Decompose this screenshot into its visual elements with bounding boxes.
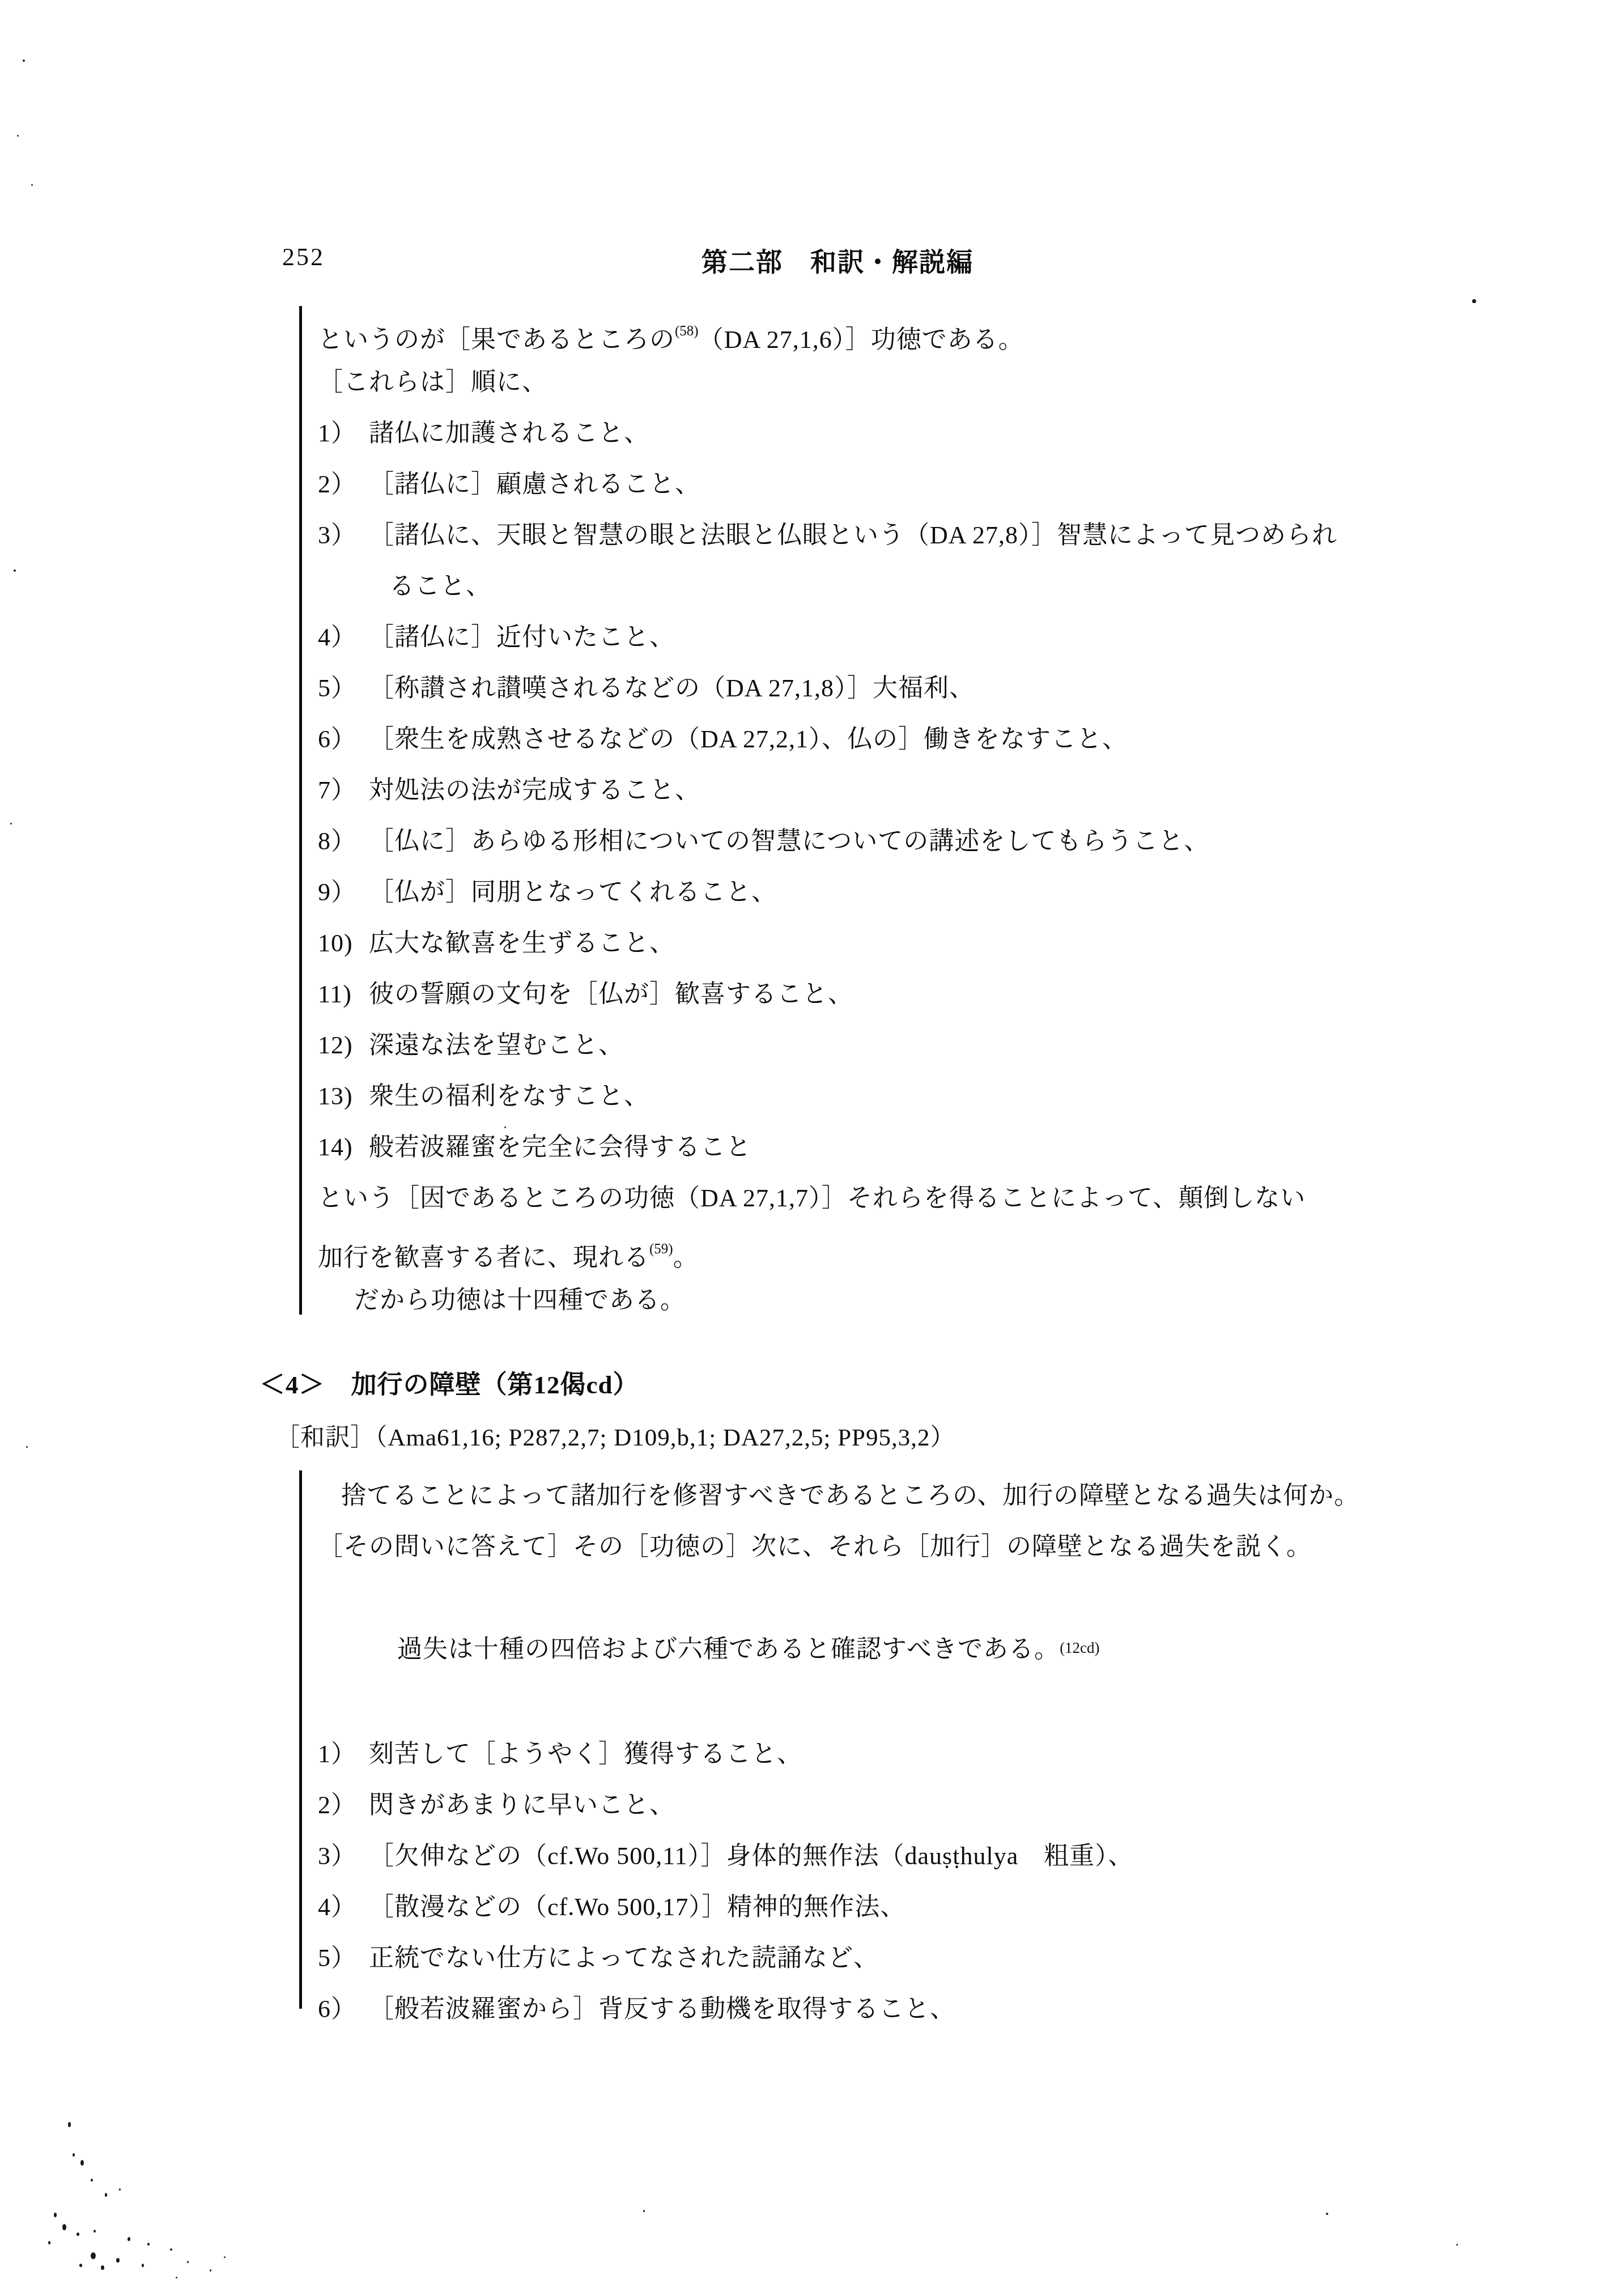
line1-pre: というのが［果であるところの (318, 326, 675, 354)
scan-speck (116, 2258, 120, 2263)
item-text: ［衆生を成熟させるなどの（DA 27,2,1）、仏の］働きをなすこと、 (369, 725, 1128, 753)
scan-speck (23, 59, 25, 62)
scan-speck (93, 2230, 96, 2233)
list-item-3: 3）［諸仏に、天眼と智慧の眼と法眼と仏眼という（DA 27,8）］智慧によって見… (318, 510, 1381, 561)
item-number: 11) (318, 969, 369, 1020)
item-number: 2） (318, 459, 369, 510)
scan-speck (101, 2265, 104, 2270)
item-text: ［般若波羅蜜から］背反する動機を取得すること、 (369, 1995, 955, 2023)
quoted-passage-obstacles: 捨てることによって諸加行を修習すべきであるところの、加行の障壁となる過失は何か。… (299, 1470, 1381, 2009)
scan-speck (147, 2243, 150, 2246)
list-item-1: 1）諸仏に加護されること、 (318, 408, 1381, 459)
paragraph-question: 捨てることによって諸加行を修習すべきであるところの、加行の障壁となる過失は何か。 (318, 1470, 1381, 1521)
scan-speck (1456, 2244, 1458, 2246)
quoted-passage-merits: というのが［果であるところの(58)（DA 27,1,6）］功徳である。 ［これ… (299, 306, 1381, 1315)
scan-speck (73, 2153, 75, 2157)
item-number: 8） (318, 816, 369, 867)
item-number: 4） (318, 612, 369, 663)
item-number: 4） (318, 1882, 369, 1933)
item-number: 3） (318, 510, 369, 561)
list-item-11: 11)彼の誓願の文句を［仏が］歓喜すること、 (318, 969, 1381, 1020)
closing-line-3: だから功徳は十四種である。 (318, 1275, 1381, 1326)
item-number: 1） (318, 408, 369, 459)
item-text: 諸仏に加護されること、 (369, 419, 649, 447)
item-number: 10) (318, 918, 369, 969)
list-item-14: 14)般若波羅蜜を完全に会得すること (318, 1122, 1381, 1173)
item-number: 9） (318, 867, 369, 918)
scan-speck (224, 2256, 226, 2258)
scanned-book-page: 252 第二部 和訳・解説編 というのが［果であるところの(58)（DA 27,… (0, 0, 1624, 2296)
scan-speck (68, 2122, 71, 2127)
footnote-ref-59: (59) (649, 1241, 673, 1257)
translation-refs: ［和訳］（Ama61,16; P287,2,7; D109,b,1; DA27,… (275, 1415, 955, 1461)
item-number: 3） (318, 1831, 369, 1882)
scan-speck (643, 2210, 645, 2212)
fault-item-6: 6）［般若波羅蜜から］背反する動機を取得すること、 (318, 1984, 1381, 2035)
scan-speck (105, 2193, 107, 2197)
list-item-13: 13)衆生の福利をなすこと、 (318, 1071, 1381, 1122)
line1-post: （DA 27,1,6）］功徳である。 (699, 326, 1024, 354)
item-text: 閃きがあまりに早いこと、 (369, 1791, 675, 1819)
item-text: ［称讃され讃嘆されるなどの（DA 27,1,8）］大福利、 (369, 674, 975, 702)
list-item-6: 6）［衆生を成熟させるなどの（DA 27,2,1）、仏の］働きをなすこと、 (318, 714, 1381, 765)
list-item-9: 9）［仏が］同朋となってくれること、 (318, 867, 1381, 918)
item-text: 広大な歓喜を生ずること、 (369, 929, 675, 957)
item-text: ［仏に］あらゆる形相についての智慧についての講述をしてもらうこと、 (369, 827, 1209, 855)
fault-item-3: 3）［欠伸などの（cf.Wo 500,11）］身体的無作法（dauṣṭhulya… (318, 1831, 1381, 1882)
closing-line-1: という［因であるところの功徳（DA 27,1,7）］それらを得ることによって、顛… (318, 1173, 1381, 1224)
scan-speck (91, 2252, 96, 2259)
scan-speck (187, 2261, 189, 2263)
scan-speck (91, 2179, 93, 2182)
scan-speck (127, 2237, 130, 2241)
list-item-4: 4）［諸仏に］近付いたこと、 (318, 612, 1381, 663)
scan-speck (48, 2241, 50, 2244)
scan-speck (54, 2213, 57, 2217)
section-heading-4: ＜4＞ 加行の障壁（第12偈cd） (260, 1362, 639, 1408)
scan-speck (142, 2264, 144, 2267)
item-text: 般若波羅蜜を完全に会得すること (369, 1133, 751, 1161)
scan-speck (80, 2160, 84, 2166)
item-text: 深遠な法を望むこと、 (369, 1031, 624, 1059)
scan-speck (17, 135, 19, 137)
verse-line: 過失は十種の四倍および六種であると確認すべきである。(12cd) (318, 1622, 1381, 1673)
fault-item-1: 1）刻苦して［ようやく］獲得すること、 (318, 1729, 1381, 1780)
item-number: 2） (318, 1780, 369, 1831)
list-item-12: 12)深遠な法を望むこと、 (318, 1020, 1381, 1071)
list-item-5: 5）［称讃され讃嘆されるなどの（DA 27,1,8）］大福利、 (318, 663, 1381, 714)
list-item-10: 10)広大な歓喜を生ずること、 (318, 918, 1381, 969)
scan-speck (76, 2233, 79, 2236)
running-header-title: 第二部 和訳・解説編 (702, 241, 973, 279)
blank-line (318, 1572, 1381, 1622)
item-number: 12) (318, 1020, 369, 1071)
closing2-post: 。 (673, 1244, 699, 1272)
scan-speck (1326, 2213, 1328, 2215)
item-text: ［散漫などの（cf.Wo 500,17）］精神的無作法、 (369, 1893, 905, 1921)
scan-speck (31, 184, 33, 186)
fault-item-5: 5）正統でない仕方によってなされた読誦など、 (318, 1933, 1381, 1984)
item-text: 正統でない仕方によってなされた読誦など、 (369, 1944, 879, 1972)
paragraph-answer: ［その問いに答えて］その［功徳の］次に、それら［加行］の障壁となる過失を説く。 (318, 1521, 1381, 1572)
list-item-3-continuation: ること、 (318, 561, 1381, 612)
item-text: ［仏が］同朋となってくれること、 (369, 878, 777, 906)
item-text: ［諸仏に］近付いたこと、 (369, 623, 675, 651)
footnote-ref-58: (58) (675, 324, 699, 339)
verse-text: 過失は十種の四倍および六種であると確認すべきである。 (397, 1635, 1060, 1663)
item-number: 7） (318, 765, 369, 816)
verse-ref-12cd: (12cd) (1060, 1639, 1099, 1656)
item-number: 1） (318, 1729, 369, 1780)
scan-speck (62, 2224, 66, 2230)
fault-item-4: 4）［散漫などの（cf.Wo 500,17）］精神的無作法、 (318, 1882, 1381, 1933)
item-number: 5） (318, 663, 369, 714)
scan-speck (170, 2248, 172, 2251)
item-text: 彼の誓願の文句を［仏が］歓喜すること、 (369, 980, 853, 1008)
item-number: 13) (318, 1071, 369, 1122)
item-text: ［欠伸などの（cf.Wo 500,11）］身体的無作法（dauṣṭhulya 粗… (369, 1842, 1133, 1870)
scan-dot (1472, 299, 1476, 303)
item-text: 刻苦して［ようやく］獲得すること、 (369, 1740, 802, 1768)
scan-speck (504, 1126, 506, 1128)
item-number: 14) (318, 1122, 369, 1173)
scan-speck (176, 2277, 177, 2278)
scan-speck (210, 2269, 211, 2272)
closing2-pre: 加行を歓喜する者に、現れる (318, 1244, 649, 1272)
scan-speck (10, 823, 12, 824)
closing-line-2: 加行を歓喜する者に、現れる(59)。 (318, 1224, 1381, 1275)
page-number: 252 (282, 243, 325, 271)
scan-speck (119, 2188, 121, 2191)
item-number: 5） (318, 1933, 369, 1984)
list-item-2: 2）［諸仏に］顧慮されること、 (318, 459, 1381, 510)
fault-item-2: 2）閃きがあまりに早いこと、 (318, 1780, 1381, 1831)
item-text: ［諸仏に、天眼と智慧の眼と法眼と仏眼という（DA 27,8）］智慧によって見つめ… (369, 521, 1337, 549)
text-line: というのが［果であるところの(58)（DA 27,1,6）］功徳である。 (318, 306, 1381, 357)
scan-speck (79, 2264, 82, 2267)
item-text: 対処法の法が完成すること、 (369, 776, 700, 804)
list-item-8: 8）［仏に］あらゆる形相についての智慧についての講述をしてもらうこと、 (318, 816, 1381, 867)
item-number: 6） (318, 714, 369, 765)
item-text: ［諸仏に］顧慮されること、 (369, 470, 700, 498)
scan-speck (14, 569, 16, 572)
item-text: 衆生の福利をなすこと、 (369, 1082, 649, 1110)
item-number: 6） (318, 1984, 369, 2035)
blank-line (318, 1673, 1381, 1729)
list-item-7: 7）対処法の法が完成すること、 (318, 765, 1381, 816)
text-line: ［これらは］順に、 (318, 357, 1381, 408)
scan-speck (26, 1446, 28, 1448)
